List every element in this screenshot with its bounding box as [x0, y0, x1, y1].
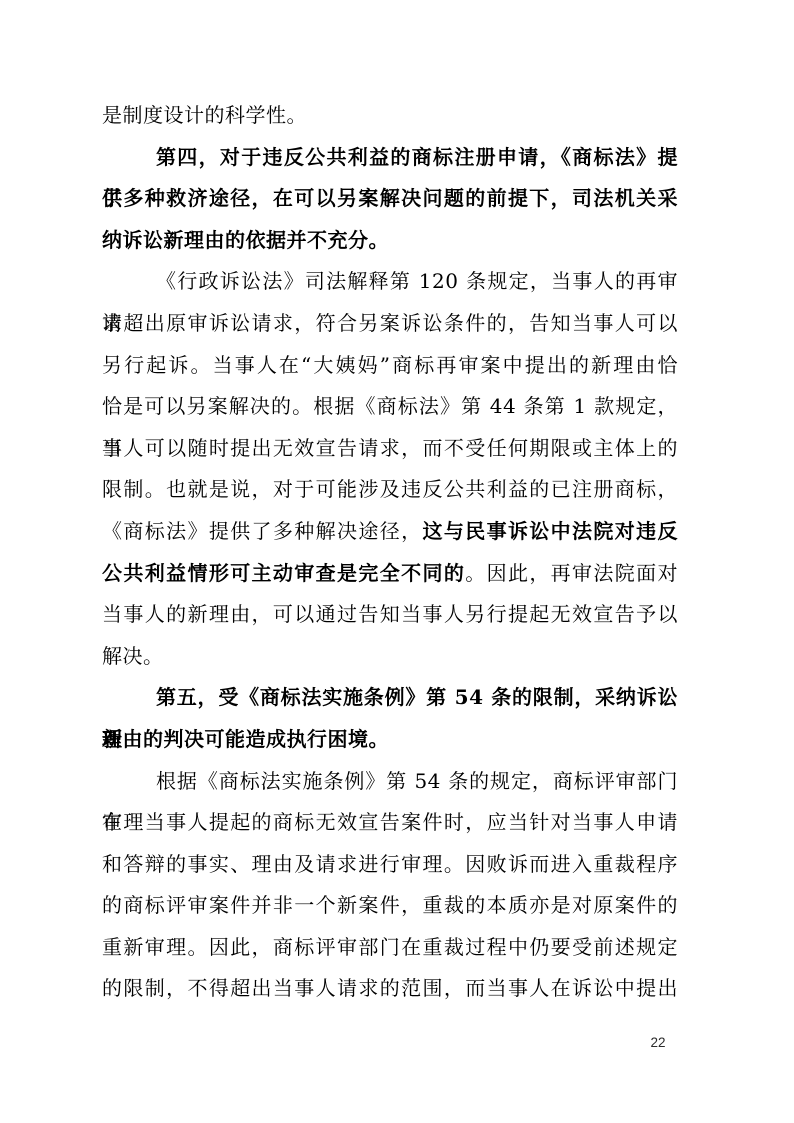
text-line: 公共利益情形可主动审查是完全不同的。因此，再审法院面对	[102, 553, 678, 595]
text-segment: 审理当事人提起的商标无效宣告案件时，应当针对当事人申请	[102, 810, 678, 834]
text-line: 当事人的新理由，可以通过告知当事人另行提起无效宣告予以	[102, 594, 678, 636]
text-segment: 和答辩的事实、理由及请求进行审理。因败诉而进入重裁程序	[102, 852, 678, 876]
text-line: 限制。也就是说，对于可能涉及违反公共利益的已注册商标，	[102, 469, 678, 511]
text-segment: 的限制，不得超出当事人请求的范围，而当事人在诉讼中提出	[102, 976, 678, 1000]
text-line: 的商标评审案件并非一个新案件，重裁的本质亦是对原案件的	[102, 885, 678, 927]
text-segment: 的商标评审案件并非一个新案件，重裁的本质亦是对原案件的	[102, 893, 678, 917]
text-line: 理由的判决可能造成执行困境。	[102, 719, 678, 761]
text-segment: 求超出原审诉讼请求，符合另案诉讼条件的，告知当事人可以	[102, 311, 678, 335]
document-body: 是制度设计的科学性。第四，对于违反公共利益的商标注册申请，《商标法》提供了多种救…	[102, 95, 678, 1010]
text-line: 纳诉讼新理由的依据并不充分。	[102, 220, 678, 262]
text-segment: 《商标法》提供了多种解决途径，	[102, 519, 422, 543]
text-line: 《行政诉讼法》司法解释第 120 条规定，当事人的再审请	[102, 261, 678, 303]
text-line: 是制度设计的科学性。	[102, 95, 678, 137]
text-line: 第四，对于违反公共利益的商标注册申请，《商标法》提供	[102, 137, 678, 179]
text-line: 事人可以随时提出无效宣告请求，而不受任何期限或主体上的	[102, 428, 678, 470]
text-segment-bold: 了多种救济途径，在可以另案解决问题的前提下，司法机关采	[102, 186, 678, 210]
text-line: 恰是可以另案解决的。根据《商标法》第 44 条第 1 款规定，当	[102, 386, 678, 428]
text-line: 审理当事人提起的商标无效宣告案件时，应当针对当事人申请	[102, 802, 678, 844]
text-segment: 解决。	[102, 644, 164, 668]
text-segment: 限制。也就是说，对于可能涉及违反公共利益的已注册商标，	[102, 477, 678, 501]
text-segment-bold: 这与民事诉讼中法院对违反	[422, 519, 678, 543]
text-line: 求超出原审诉讼请求，符合另案诉讼条件的，告知当事人可以	[102, 303, 678, 345]
text-line: 解决。	[102, 636, 678, 678]
text-line: 了多种救济途径，在可以另案解决问题的前提下，司法机关采	[102, 178, 678, 220]
text-segment-bold: 理由的判决可能造成执行困境。	[102, 727, 389, 751]
text-line: 第五，受《商标法实施条例》第 54 条的限制，采纳诉讼新	[102, 677, 678, 719]
page-number: 22	[640, 1035, 676, 1050]
text-line: 根据《商标法实施条例》第 54 条的规定，商标评审部门在	[102, 761, 678, 803]
text-segment: 重新审理。因此，商标评审部门在重裁过程中仍要受前述规定	[102, 935, 678, 959]
text-line: 另行起诉。当事人在“大姨妈”商标再审案中提出的新理由恰	[102, 345, 678, 387]
text-segment-bold: 纳诉讼新理由的依据并不充分。	[102, 228, 389, 252]
text-line: 的限制，不得超出当事人请求的范围，而当事人在诉讼中提出	[102, 968, 678, 1010]
text-segment-bold: 公共利益情形可主动审查是完全不同的	[102, 561, 465, 585]
text-line: 重新审理。因此，商标评审部门在重裁过程中仍要受前述规定	[102, 927, 678, 969]
text-line: 《商标法》提供了多种解决途径，这与民事诉讼中法院对违反	[102, 511, 678, 553]
text-line: 和答辩的事实、理由及请求进行审理。因败诉而进入重裁程序	[102, 844, 678, 886]
text-segment: 事人可以随时提出无效宣告请求，而不受任何期限或主体上的	[102, 436, 678, 460]
text-segment: 。因此，再审法院面对	[465, 561, 678, 585]
text-segment: 当事人的新理由，可以通过告知当事人另行提起无效宣告予以	[102, 602, 678, 626]
text-segment: 另行起诉。当事人在“大姨妈”商标再审案中提出的新理由恰	[102, 353, 678, 377]
text-segment: 是制度设计的科学性。	[102, 103, 307, 127]
document-page: 是制度设计的科学性。第四，对于违反公共利益的商标注册申请，《商标法》提供了多种救…	[0, 0, 794, 1123]
